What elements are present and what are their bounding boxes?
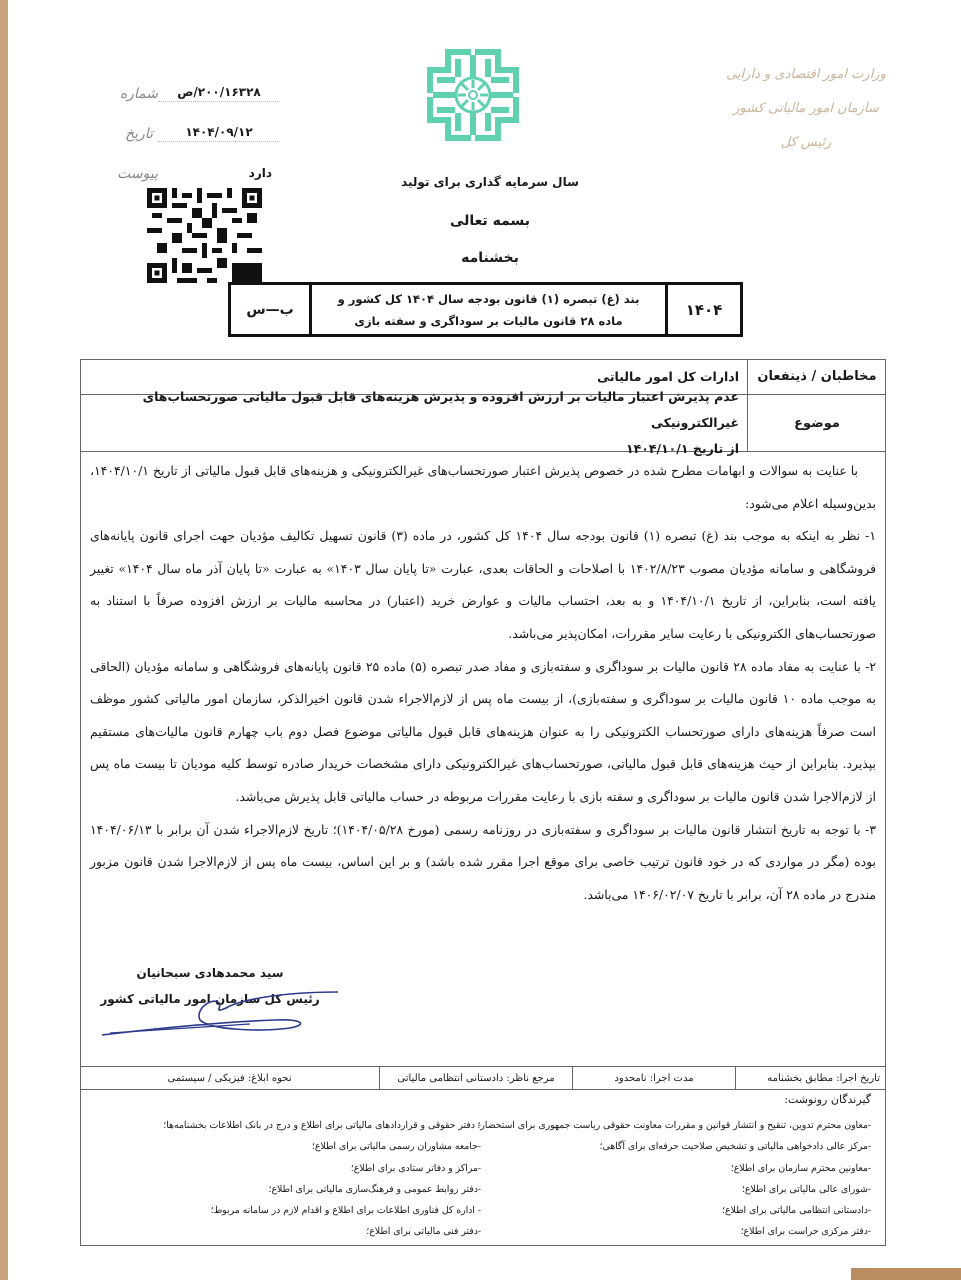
tax-organization-logo-icon bbox=[418, 40, 528, 150]
execution-duration: مدت اجرا: نامحدود bbox=[572, 1067, 735, 1089]
cc-item: -دادستانی انتظامی مالیاتی برای اطلاع؛ bbox=[471, 1200, 871, 1221]
body-intro: با عنایت به سوالات و ابهامات مطرح شده در… bbox=[90, 455, 876, 520]
cc-item: -دفتر فنی مالیاتی برای اطلاع؛ bbox=[151, 1221, 481, 1242]
cc-title: گیرندگان رونوشت: bbox=[784, 1093, 871, 1106]
document-type-title: بخشنامه bbox=[360, 250, 620, 266]
meta-date: تاریخ ۱۴۰۴/۰۹/۱۲ bbox=[120, 102, 280, 142]
cc-item: -شورای عالی مالیاتی برای اطلاع؛ bbox=[471, 1179, 871, 1200]
classification-year: ۱۴۰۴ bbox=[665, 285, 740, 334]
cc-item: -دفتر روابط عمومی و فرهنگ‌سازی مالیاتی ب… bbox=[151, 1179, 481, 1200]
letter-meta: شماره ۲۰۰/۱۶۳۲۸/ص تاریخ ۱۴۰۴/۰۹/۱۲ پیوست… bbox=[120, 62, 280, 182]
classification-box: ۱۴۰۴ بند (غ) تبصره (۱) قانون بودجه سال ۱… bbox=[228, 282, 743, 337]
ministry-line: سازمان امور مالیاتی کشور bbox=[691, 92, 921, 126]
year-slogan: سال سرمایه گذاری برای تولید bbox=[360, 175, 620, 189]
document-body: با عنایت به سوالات و ابهامات مطرح شده در… bbox=[90, 455, 876, 911]
bismillah: بسمه تعالی bbox=[360, 213, 620, 229]
meta-number: شماره ۲۰۰/۱۶۳۲۸/ص bbox=[120, 62, 280, 102]
classification-title: بند (غ) تبصره (۱) قانون بودجه سال ۱۴۰۴ ک… bbox=[309, 285, 665, 334]
execution-date: تاریخ اجرا: مطابق بخشنامه bbox=[735, 1067, 886, 1089]
cc-item: -دفتر مرکزی حراست برای اطلاع؛ bbox=[471, 1221, 871, 1242]
cc-item: - اداره کل فناوری اطلاعات برای اطلاع و ا… bbox=[151, 1200, 481, 1221]
paper-edge bbox=[851, 1268, 961, 1280]
supervising-authority: مرجع ناظر: دادستانی انتظامی مالیاتی bbox=[379, 1067, 572, 1089]
qr-code-icon bbox=[147, 188, 262, 283]
cc-item: -معاونین محترم سازمان برای اطلاع؛ bbox=[471, 1158, 871, 1179]
ministry-line: رئیس کل bbox=[691, 126, 921, 160]
subject-label: موضوع bbox=[747, 395, 886, 451]
cc-item: -مرکز عالی دادخواهی مالیاتی و تشخیص صلاح… bbox=[471, 1136, 871, 1157]
cc-item: -جامعه مشاوران رسمی مالیاتی برای اطلاع؛ bbox=[151, 1136, 481, 1157]
subject-row: موضوع عدم پذیرش اعتبار مالیات بر ارزش اف… bbox=[80, 395, 886, 452]
paper-edge bbox=[0, 0, 8, 1280]
body-paragraph-2: ۲- با عنایت به مفاد ماده ۲۸ قانون مالیات… bbox=[90, 651, 876, 814]
cc-item: - دفتر حقوقی و قراردادهای مالیاتی برای ا… bbox=[151, 1115, 481, 1136]
ministry-line: وزارت امور اقتصادی و دارایی bbox=[691, 58, 921, 92]
cc-item: -معاون محترم تدوین، تنقیح و انتشار قوانی… bbox=[471, 1115, 871, 1136]
cc-list-left: - دفتر حقوقی و قراردادهای مالیاتی برای ا… bbox=[151, 1115, 481, 1243]
classification-code: ب—س bbox=[231, 285, 309, 334]
subject-value: عدم پذیرش اعتبار مالیات بر ارزش افزوده و… bbox=[80, 395, 747, 451]
ministry-header: وزارت امور اقتصادی و دارایی سازمان امور … bbox=[691, 58, 921, 160]
body-paragraph-3: ۳- با توجه به تاریخ انتشار قانون مالیات … bbox=[90, 814, 876, 912]
cc-list-right: -معاون محترم تدوین، تنقیح و انتشار قوانی… bbox=[471, 1115, 871, 1243]
execution-info-row: تاریخ اجرا: مطابق بخشنامه مدت اجرا: نامح… bbox=[80, 1066, 886, 1090]
cc-item: -مراکز و دفاتر ستادی برای اطلاع؛ bbox=[151, 1158, 481, 1179]
notification-method: نحوه ابلاغ: فیزیکی / سیستمی bbox=[80, 1067, 379, 1089]
handwritten-signature-icon bbox=[100, 990, 340, 1040]
meta-attachment: پیوست دارد bbox=[120, 142, 280, 182]
signatory-name: سید محمدهادی سبحانیان bbox=[95, 960, 325, 986]
body-paragraph-1: ۱- نظر به اینکه به موجب بند (غ) تبصره (۱… bbox=[90, 520, 876, 650]
addressees-label: مخاطبان / ذینفعان bbox=[747, 359, 886, 394]
